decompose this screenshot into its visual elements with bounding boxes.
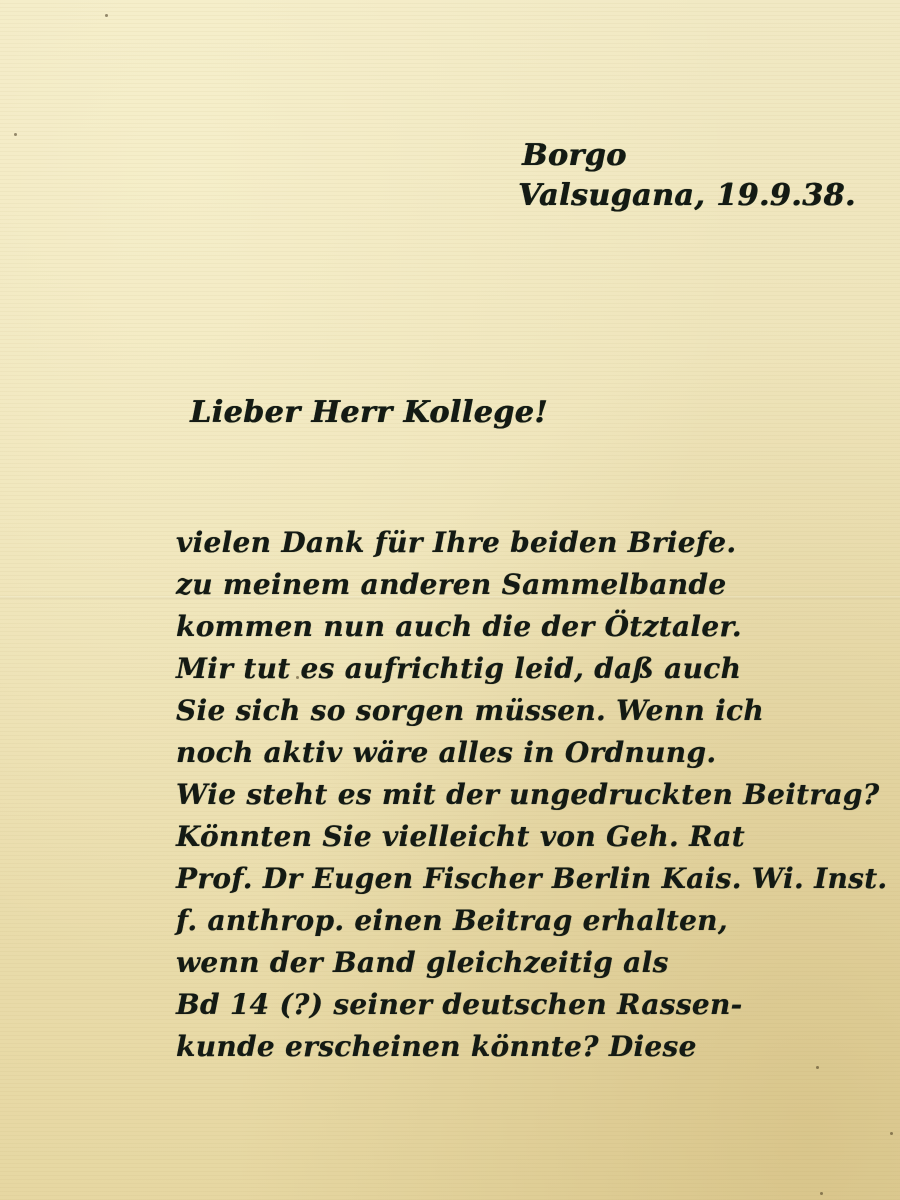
letter-body-line: f. anthrop. einen Beitrag erhalten, (176, 900, 856, 942)
letter-body-line: Prof. Dr Eugen Fischer Berlin Kais. Wi. … (176, 858, 856, 900)
letter-body-line: noch aktiv wäre alles in Ordnung. (176, 732, 856, 774)
letter-body-line: kommen nun auch die der Ötztaler. (176, 606, 856, 648)
paper-speck (14, 133, 17, 136)
paper-speck (890, 1132, 893, 1135)
letter-body-line: Sie sich so sorgen müssen. Wenn ich (176, 690, 856, 732)
letter-body-line: zu meinem anderen Sammelbande (176, 564, 856, 606)
letter-body-line: Mir tut es aufrichtig leid, daß auch (176, 648, 856, 690)
paper-speck (820, 1192, 823, 1195)
letter-body-line: Bd 14 (?) seiner deutschen Rassen- (176, 984, 856, 1026)
letter-body-line: wenn der Band gleichzeitig als (176, 942, 856, 984)
letter-body-line: Wie steht es mit der ungedruckten Beitra… (176, 774, 856, 816)
letter-place-date-line: Valsugana, 19.9.38. (518, 178, 856, 213)
letter-body-line: Könnten Sie vielleicht von Geh. Rat (176, 816, 856, 858)
letter-place-line-1: Borgo (522, 138, 627, 173)
letter-body-line: vielen Dank für Ihre beiden Briefe. (176, 522, 856, 564)
letter-salutation: Lieber Herr Kollege! (190, 395, 548, 430)
paper-speck (105, 14, 108, 17)
letter-body-line: kunde erscheinen könnte? Diese (176, 1026, 856, 1068)
letter-body: vielen Dank für Ihre beiden Briefe. zu m… (176, 522, 856, 1068)
